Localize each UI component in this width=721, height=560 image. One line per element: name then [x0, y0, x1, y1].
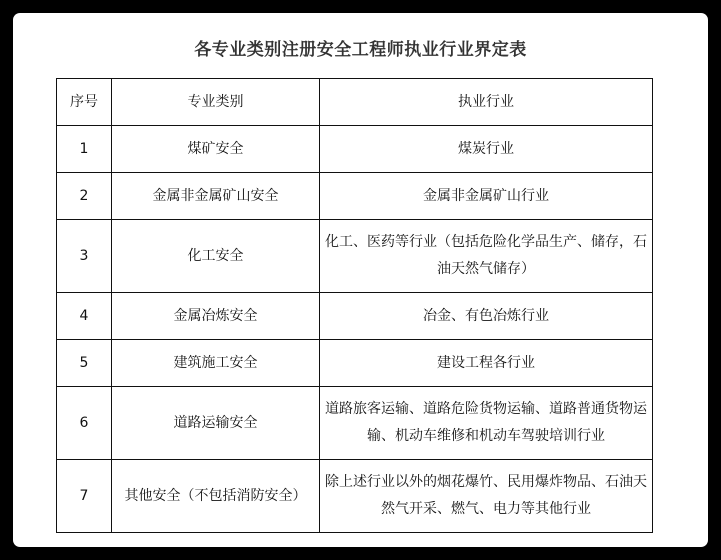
row-industry: 煤炭行业 — [320, 126, 653, 173]
table-row: 6 道路运输安全 道路旅客运输、道路危险货物运输、道路普通货物运输、机动车维修和… — [57, 387, 653, 460]
table-row: 4 金属冶炼安全 冶金、有色冶炼行业 — [57, 293, 653, 340]
row-category: 其他安全（不包括消防安全） — [112, 460, 320, 533]
row-category: 金属冶炼安全 — [112, 293, 320, 340]
row-no: 7 — [57, 460, 112, 533]
table-row: 5 建筑施工安全 建设工程各行业 — [57, 340, 653, 387]
row-no: 1 — [57, 126, 112, 173]
row-no: 3 — [57, 220, 112, 293]
row-no: 2 — [57, 173, 112, 220]
row-category: 化工安全 — [112, 220, 320, 293]
row-no: 4 — [57, 293, 112, 340]
table-header-row: 序号 专业类别 执业行业 — [57, 79, 653, 126]
row-category: 建筑施工安全 — [112, 340, 320, 387]
header-category: 专业类别 — [112, 79, 320, 126]
row-industry: 金属非金属矿山行业 — [320, 173, 653, 220]
header-industry: 执业行业 — [320, 79, 653, 126]
row-category: 煤矿安全 — [112, 126, 320, 173]
table-row: 2 金属非金属矿山安全 金属非金属矿山行业 — [57, 173, 653, 220]
row-industry: 道路旅客运输、道路危险货物运输、道路普通货物运输、机动车维修和机动车驾驶培训行业 — [320, 387, 653, 460]
industry-definition-table: 序号 专业类别 执业行业 1 煤矿安全 煤炭行业 2 金属非金属矿山安全 金属非… — [56, 78, 653, 533]
row-no: 6 — [57, 387, 112, 460]
table-row: 3 化工安全 化工、医药等行业（包括危险化学品生产、储存，石油天然气储存） — [57, 220, 653, 293]
row-category: 金属非金属矿山安全 — [112, 173, 320, 220]
row-industry: 建设工程各行业 — [320, 340, 653, 387]
row-industry: 化工、医药等行业（包括危险化学品生产、储存，石油天然气储存） — [320, 220, 653, 293]
document-card: 各专业类别注册安全工程师执业行业界定表 序号 专业类别 执业行业 1 煤矿安全 … — [13, 13, 708, 547]
page-title: 各专业类别注册安全工程师执业行业界定表 — [13, 35, 708, 60]
table-row: 7 其他安全（不包括消防安全） 除上述行业以外的烟花爆竹、民用爆炸物品、石油天然… — [57, 460, 653, 533]
row-industry: 除上述行业以外的烟花爆竹、民用爆炸物品、石油天然气开采、燃气、电力等其他行业 — [320, 460, 653, 533]
row-no: 5 — [57, 340, 112, 387]
table-row: 1 煤矿安全 煤炭行业 — [57, 126, 653, 173]
header-no: 序号 — [57, 79, 112, 126]
row-industry: 冶金、有色冶炼行业 — [320, 293, 653, 340]
row-category: 道路运输安全 — [112, 387, 320, 460]
